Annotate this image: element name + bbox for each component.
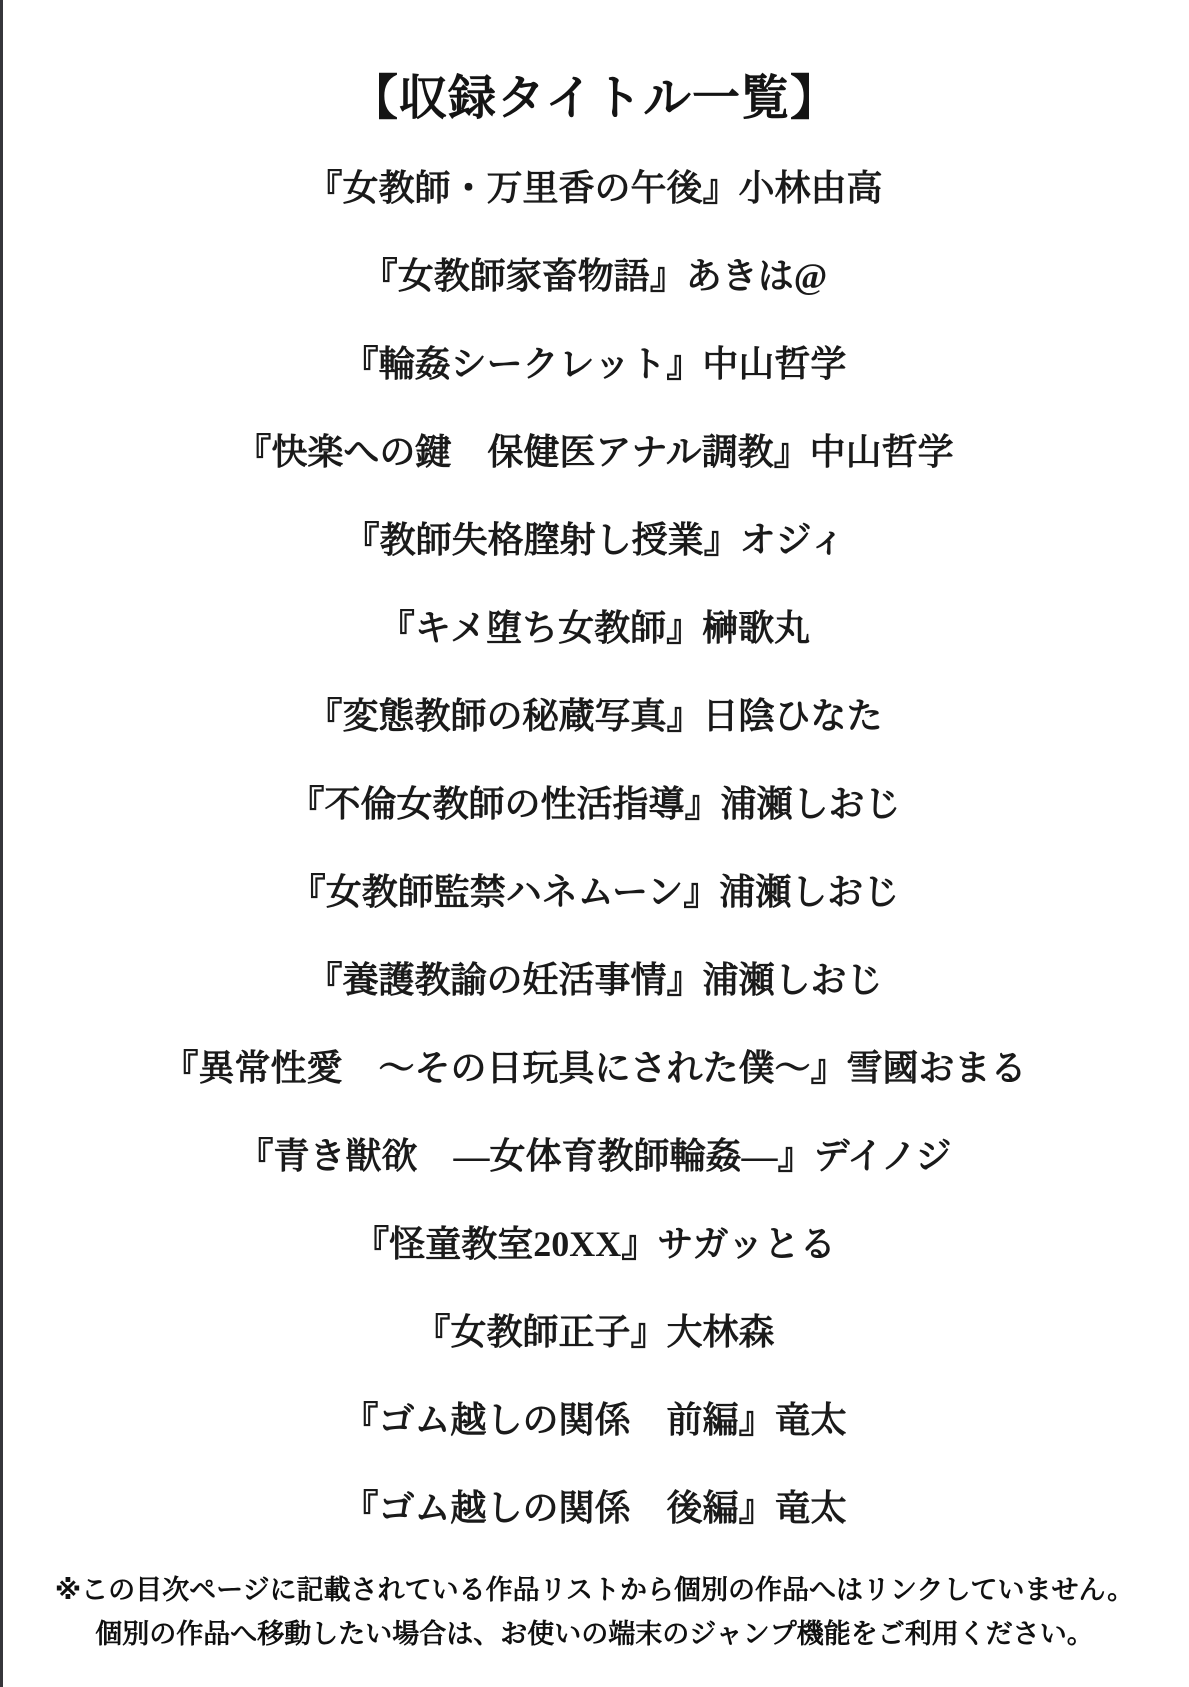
- work-title: 『キメ堕ち女教師』: [379, 608, 702, 648]
- work-author: 浦瀬しおじ: [703, 960, 883, 1000]
- work-title: 『女教師監禁ハネムーン』: [290, 872, 719, 912]
- work-author: 日陰ひなた: [703, 696, 883, 736]
- work-author: 大林森: [667, 1312, 775, 1352]
- work-title: 『不倫女教師の性活指導』: [288, 784, 720, 824]
- work-author: 榊歌丸: [702, 608, 810, 648]
- work-author: 雪國おまる: [847, 1048, 1027, 1088]
- work-author: 浦瀬しおじ: [719, 872, 899, 912]
- toc-entry: 『不倫女教師の性活指導』浦瀬しおじ: [0, 760, 1189, 848]
- toc-entry: 『輪姦シークレット』中山哲学: [0, 320, 1189, 408]
- work-author: 竜太: [775, 1400, 847, 1440]
- work-title: 『女教師正子』: [414, 1312, 666, 1352]
- work-title: 『変態教師の秘蔵写真』: [306, 696, 702, 736]
- work-title: 『青き獣欲 ―女体育教師輪姦―』: [238, 1136, 814, 1176]
- toc-entry: 『女教師家畜物語』あきは@: [0, 232, 1189, 320]
- toc-entry: 『養護教諭の妊活事情』浦瀬しおじ: [0, 936, 1189, 1024]
- toc-entry: 『変態教師の秘蔵写真』日陰ひなた: [0, 672, 1189, 760]
- toc-entry: 『快楽への鍵 保健医アナル調教』中山哲学: [0, 408, 1189, 496]
- notice-line-2: 個別の作品へ移動したい場合は、お使いの端末のジャンプ機能をご利用ください。: [0, 1612, 1189, 1656]
- work-author: 浦瀬しおじ: [721, 784, 901, 824]
- toc-entry: 『ゴム越しの関係 前編』竜太: [0, 1376, 1189, 1464]
- toc-entry: 『怪童教室20XX』サガッとる: [0, 1200, 1189, 1288]
- toc-page: 【収録タイトル一覧】 『女教師・万里香の午後』小林由高 『女教師家畜物語』あきは…: [0, 0, 1189, 1687]
- toc-content: 【収録タイトル一覧】 『女教師・万里香の午後』小林由高 『女教師家畜物語』あきは…: [0, 0, 1189, 1687]
- work-title: 『教師失格膣射し授業』: [344, 520, 740, 560]
- work-title: 『ゴム越しの関係 後編』: [342, 1488, 774, 1528]
- work-author: 竜太: [775, 1488, 847, 1528]
- work-title: 『快楽への鍵 保健医アナル調教』: [235, 432, 809, 472]
- work-author: 中山哲学: [702, 344, 846, 384]
- toc-entry: 『青き獣欲 ―女体育教師輪姦―』デイノジ: [0, 1112, 1189, 1200]
- work-title: 『怪童教室20XX』: [353, 1224, 657, 1264]
- work-author: 中山哲学: [810, 432, 954, 472]
- toc-entry: 『教師失格膣射し授業』オジィ: [0, 496, 1189, 584]
- toc-entry: 『女教師監禁ハネムーン』浦瀬しおじ: [0, 848, 1189, 936]
- work-title: 『ゴム越しの関係 前編』: [342, 1400, 774, 1440]
- work-author: サガッとる: [657, 1224, 836, 1264]
- work-title: 『異常性愛 ～その日玩具にされた僕～』: [162, 1048, 846, 1088]
- work-author: あきは@: [686, 256, 828, 296]
- work-title: 『養護教諭の妊活事情』: [306, 960, 702, 1000]
- toc-entry: 『女教師正子』大林森: [0, 1288, 1189, 1376]
- toc-entry: 『ゴム越しの関係 後編』竜太: [0, 1464, 1189, 1552]
- work-title: 『女教師家畜物語』: [362, 256, 686, 296]
- work-title: 『輪姦シークレット』: [343, 344, 703, 384]
- toc-entry: 『女教師・万里香の午後』小林由高: [0, 144, 1189, 232]
- work-author: 小林由高: [739, 168, 883, 208]
- work-title: 『女教師・万里香の午後』: [306, 168, 738, 208]
- work-author: オジィ: [740, 520, 846, 560]
- toc-entry: 『異常性愛 ～その日玩具にされた僕～』雪國おまる: [0, 1024, 1189, 1112]
- link-notice: ※この目次ページに記載されている作品リストから個別の作品へはリンクしていません。…: [0, 1568, 1189, 1656]
- notice-line-1: ※この目次ページに記載されている作品リストから個別の作品へはリンクしていません。: [0, 1568, 1189, 1612]
- page-title: 【収録タイトル一覧】: [0, 0, 1189, 144]
- toc-entry: 『キメ堕ち女教師』榊歌丸: [0, 584, 1189, 672]
- title-list: 『女教師・万里香の午後』小林由高 『女教師家畜物語』あきは@ 『輪姦シークレット…: [0, 144, 1189, 1552]
- work-author: デイノジ: [814, 1136, 952, 1176]
